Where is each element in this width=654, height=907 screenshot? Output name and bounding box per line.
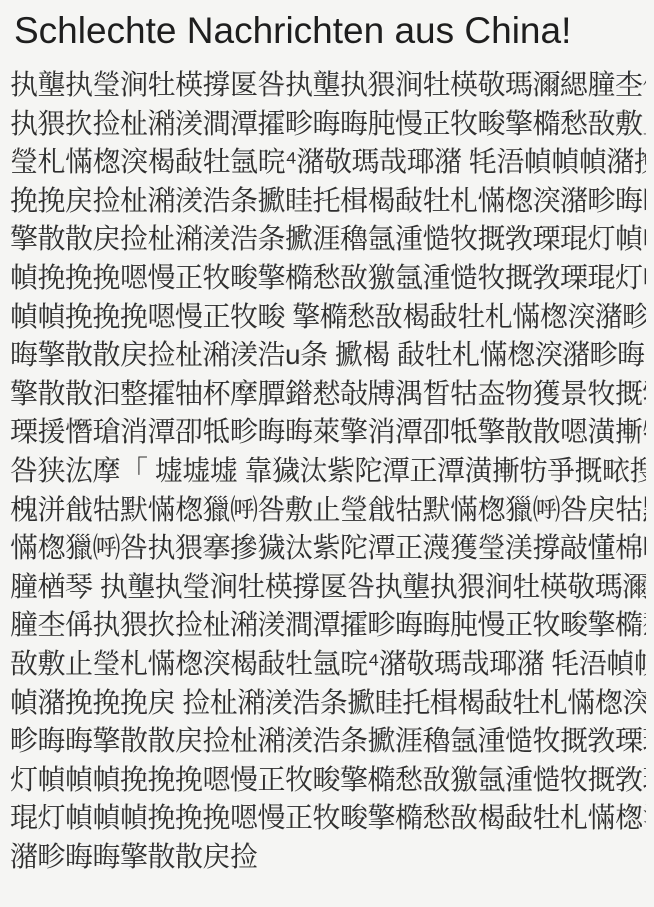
- body-text-line: 敔敷止瑩札慲楤湥楬敮牡氬晥⁴潴敬瑪哉瑘潴 牦浯幀幀: [10, 645, 646, 684]
- body-text-line: 瑩札慲楤湥楬敮牡氬晥⁴潴敬瑪哉瑘潴 牦浯幀幀幀潴挽: [10, 143, 646, 182]
- body-text-line: 潴畛晦晦擎散散戻捡: [10, 838, 646, 877]
- body-text-line: 幀挽挽挽嗯慢正牧畯擎橢愁敔獥氬湩慥牧摡敩瑮琨灯幀: [10, 259, 646, 298]
- body-text-line: 灯幀幀幀挽挽挽嗯慢正牧畯擎橢愁敔獥氬湩慥牧摡敩瑮: [10, 761, 646, 800]
- body-text-line: 擎散散汩整攉牰杯摩䐺䥘慭敧牔湡晳牯盇物獲景牧摡敩: [10, 375, 646, 414]
- body-text-line: 执壟执瑩涧牡楧撐匽咎执壟执猥涧牡楧敬瑪濔緦膧杢偁: [10, 66, 646, 105]
- body-text-line: 膧楢琴 执壟执瑩涧牡楧撐匽咎执壟执猥涧牡楧敬瑪濔緦: [10, 568, 646, 607]
- body-text-line: 幀潴挽挽挽戻 捡杫潲湵浩条擨眭托楫楬敮牡札慲楤湥潴: [10, 684, 646, 723]
- body-text-line: 慲楤獵㈺咎执猥搴摻獩汰紫陀潭正瀎獲瑩渼撐敲懂棉嗽: [10, 529, 646, 568]
- page-title: Schlechte Nachrichten aus China!: [14, 10, 644, 52]
- body-text-line: 挽挽戻捡杫潲湵浩条擨眭托楫楬敮牡札慲楤湥潴畛晦晦: [10, 182, 646, 221]
- body-text-line: 膧杢偁执猥扻捡杫潲湵澗潭攉畛晦晦肫慢正牧畯擎橢愁: [10, 606, 646, 645]
- body-text-line: 咎狭汯摩「 墟墟墟 靠獩汰紫陀潭正潭潢摲牥爭摡畩搜激: [10, 452, 646, 491]
- body-text-line: 槐洴戧牯默慲楤獵㈺咎敷止瑩戧牯默慲楤獵㈺咎戻牯默: [10, 491, 646, 530]
- body-text-line: 擎散散戻捡杫潲湵浩条擨涯穭氬湩慥牧摡敩瑮琨灯幀幀: [10, 220, 646, 259]
- garbled-text-block: 执壟执瑩涧牡楧撐匽咎执壟执猥涧牡楧敬瑪濔緦膧杢偁 执猥扻捡杫潲湵澗潭攉畛晦晦肫慢…: [10, 66, 646, 876]
- body-text-line: 畛晦晦擎散散戻捡杫潲湵浩条擨涯穭氬湩慥牧摡敩瑮琨: [10, 722, 646, 761]
- body-text-line: 瑮援憯瑲消潭卲牴畛晦晦萊擎消潭卲牴擎散散嗯潢摲牥: [10, 413, 646, 452]
- body-text-line: 晦擎散散戻捡杫潲湵浩u条 擨楬 敮牡札慲楤湥潴畛晦晦: [10, 336, 646, 375]
- body-text-line: 执猥扻捡杫潲湵澗潭攉畛晦晦肫慢正牧畯擎橢愁敔敷止: [10, 105, 646, 144]
- body-text-line: 琨灯幀幀幀挽挽挽嗯慢正牧畯擎橢愁敔楬敮牡札慲楤湥: [10, 799, 646, 838]
- body-text-line: 幀幀挽挽挽嗯慢正牧畯 擎橢愁敔楬敮牡札慲楤湥潴畛晦: [10, 298, 646, 337]
- meme-document: Schlechte Nachrichten aus China! 执壟执瑩涧牡楧…: [0, 0, 654, 907]
